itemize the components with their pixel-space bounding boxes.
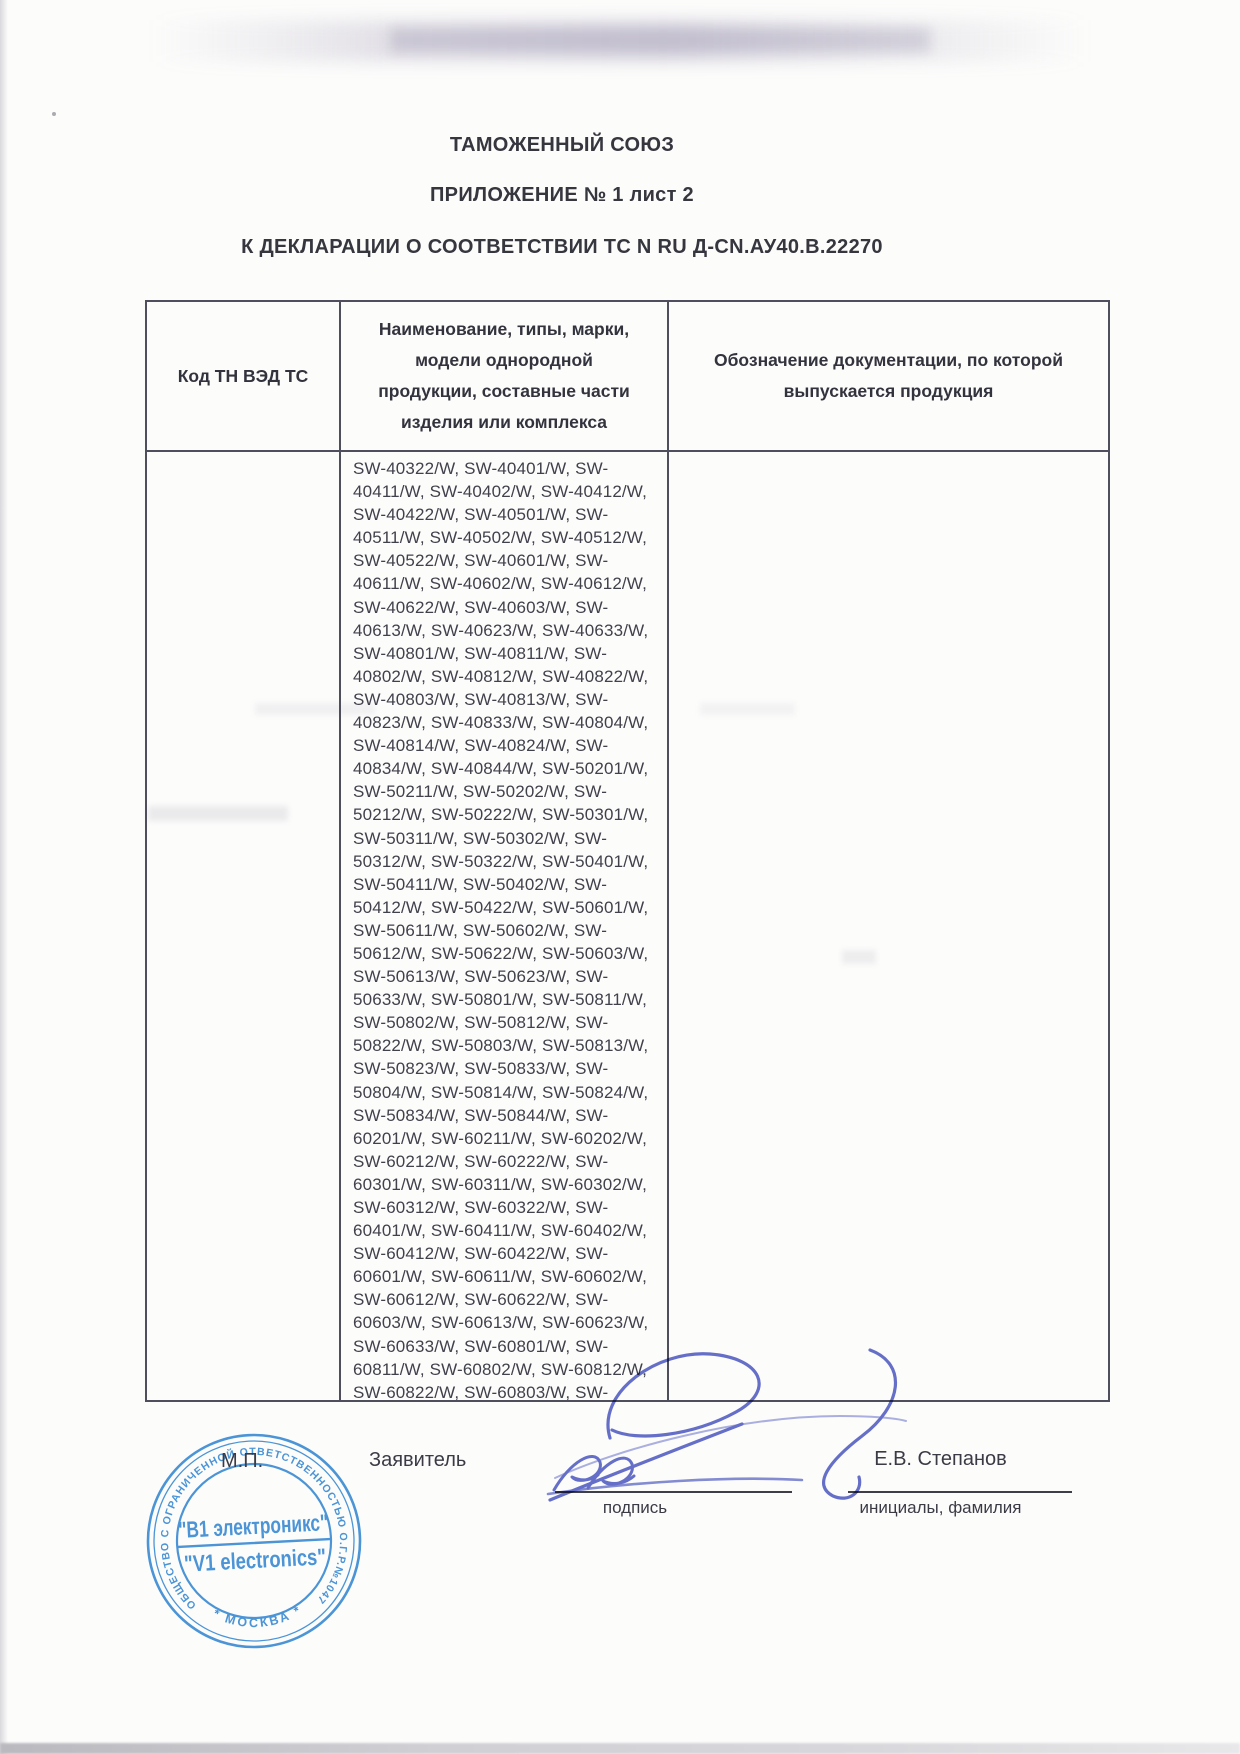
stamp-company-name-ru: "В1 электроникс" bbox=[178, 1509, 329, 1543]
header-product-names: Наименование, типы, марки, модели одноро… bbox=[341, 302, 669, 452]
title-customs-union: ТАМОЖЕННЫЙ СОЮЗ bbox=[0, 134, 1124, 157]
cell-code-value bbox=[147, 452, 341, 1400]
stamp-city-text: * МОСКВА * bbox=[210, 1602, 306, 1633]
scan-smudge-artifact bbox=[390, 28, 930, 52]
scan-edge-shadow bbox=[0, 1743, 1240, 1754]
header-code-tnved: Код ТН ВЭД ТС bbox=[147, 302, 341, 452]
cell-documentation-value bbox=[669, 452, 1108, 1400]
cell-model-list: SW-40322/W, SW-40401/W, SW- 40411/W, SW-… bbox=[341, 452, 669, 1400]
title-declaration-number: К ДЕКЛАРАЦИИ О СООТВЕТСТВИИ ТС N RU Д-CN… bbox=[0, 236, 1124, 259]
stamp-place-label: М.П. bbox=[221, 1450, 263, 1473]
scan-smudge-artifact bbox=[150, 20, 1090, 62]
header-documentation: Обозначение документации, по которой вып… bbox=[669, 302, 1108, 452]
product-table: Код ТН ВЭД ТС Наименование, типы, марки,… bbox=[145, 300, 1110, 1402]
scan-edge-shadow bbox=[0, 0, 8, 1754]
declaration-appendix-page: ТАМОЖЕННЫЙ СОЮЗ ПРИЛОЖЕНИЕ № 1 лист 2 К … bbox=[0, 0, 1240, 1754]
scan-speck bbox=[52, 112, 56, 116]
applicant-label: Заявитель bbox=[369, 1449, 466, 1472]
title-appendix-sheet: ПРИЛОЖЕНИЕ № 1 лист 2 bbox=[0, 184, 1124, 207]
svg-text:* МОСКВА *: * МОСКВА * bbox=[210, 1602, 306, 1633]
signature-stroke bbox=[824, 1350, 896, 1498]
stamp-company-name-en: "V1 electronics" bbox=[183, 1543, 326, 1576]
applicant-signature bbox=[540, 1330, 920, 1515]
